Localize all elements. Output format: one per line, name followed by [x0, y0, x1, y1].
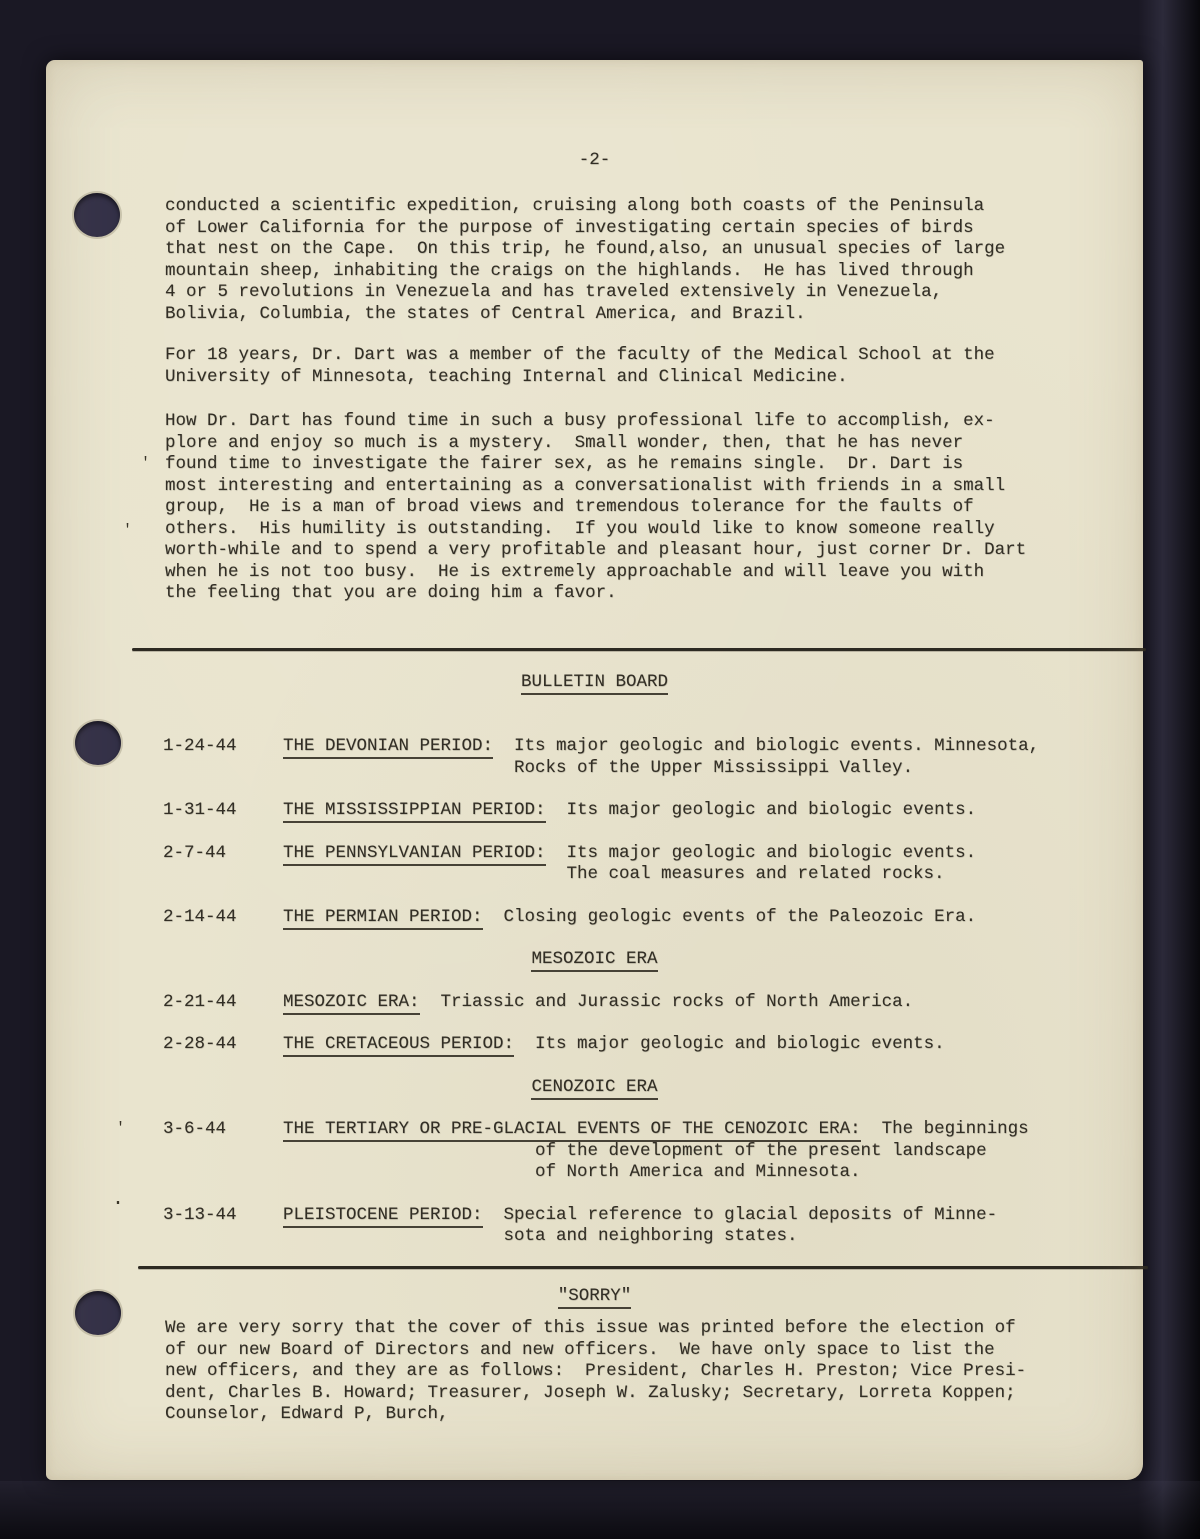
entry-text: THE CRETACEOUS PERIOD: Its major geologi… — [283, 1034, 945, 1056]
entry-date: 1-24-44 — [163, 736, 283, 779]
sorry-paragraph: We are very sorry that the cover of this… — [165, 1318, 1026, 1426]
entry-date: 3-6-44 — [163, 1119, 283, 1184]
entry-date: 2-7-44 — [163, 843, 283, 886]
entry-text: THE TERTIARY OR PRE-GLACIAL EVENTS OF TH… — [283, 1119, 1029, 1184]
paper-page: -2- conducted a scientific expedition, c… — [46, 60, 1143, 1480]
entry-date: 1-31-44 — [163, 800, 283, 822]
entry-description: Its major geologic and biologic events. — [546, 843, 977, 863]
stray-ink-mark: ' — [123, 522, 132, 539]
bulletin-entry: 2-28-44THE CRETACEOUS PERIOD: Its major … — [163, 1034, 1123, 1056]
paragraph-faculty: For 18 years, Dr. Dart was a member of t… — [165, 345, 995, 388]
entry-description: Closing geologic events of the Paleozoic… — [483, 907, 977, 927]
era-heading: MESOZOIC ERA — [46, 949, 1143, 971]
punch-hole-middle — [75, 721, 121, 765]
entry-title: THE DEVONIAN PERIOD: — [283, 736, 493, 759]
entry-description: Its major geologic and biologic events. — [514, 1034, 945, 1054]
era-heading-text: MESOZOIC ERA — [531, 949, 657, 972]
entry-text: THE MISSISSIPPIAN PERIOD: Its major geol… — [283, 800, 976, 822]
entry-text: THE PENNSYLVANIAN PERIOD: Its major geol… — [283, 843, 976, 886]
bulletin-entry: 2-21-44MESOZOIC ERA: Triassic and Jurass… — [163, 992, 1123, 1014]
stray-ink-mark: ' — [141, 455, 150, 472]
entry-description-continued: Rocks of the Upper Mississippi Valley. — [283, 758, 1039, 780]
entry-date: 3-13-44 — [163, 1205, 283, 1248]
entry-title: PLEISTOCENE PERIOD: — [283, 1205, 483, 1228]
entry-description: Its major geologic and biologic events. … — [493, 736, 1039, 756]
book-bottom-shadow — [0, 1481, 1200, 1539]
entry-description: Its major geologic and biologic events. — [546, 800, 977, 820]
sorry-title: "SORRY" — [46, 1286, 1143, 1308]
entry-title: MESOZOIC ERA: — [283, 992, 420, 1015]
entry-description: Special reference to glacial deposits of… — [483, 1205, 998, 1225]
entry-title: THE PENNSYLVANIAN PERIOD: — [283, 843, 546, 866]
page-number: -2- — [46, 150, 1143, 172]
bulletin-list: 1-24-44THE DEVONIAN PERIOD: Its major ge… — [163, 736, 1123, 1269]
paragraph-character: How Dr. Dart has found time in such a bu… — [165, 411, 1026, 605]
entry-text: PLEISTOCENE PERIOD: Special reference to… — [283, 1205, 997, 1248]
divider-rule-bottom — [138, 1266, 1148, 1269]
scanned-page-background: { "document": { "page_number": "-2-", "c… — [0, 0, 1200, 1539]
bulletin-entry: 2-14-44THE PERMIAN PERIOD: Closing geolo… — [163, 907, 1123, 929]
era-heading-text: CENOZOIC ERA — [531, 1077, 657, 1100]
entry-text: THE PERMIAN PERIOD: Closing geologic eve… — [283, 907, 976, 929]
book-edge-shadow — [1138, 0, 1200, 1539]
entry-date: 2-14-44 — [163, 907, 283, 929]
divider-rule-top — [132, 648, 1146, 651]
bulletin-board-title-text: BULLETIN BOARD — [521, 672, 668, 695]
era-heading: CENOZOIC ERA — [46, 1077, 1143, 1099]
bulletin-entry: 1-24-44THE DEVONIAN PERIOD: Its major ge… — [163, 736, 1123, 779]
sorry-title-text: "SORRY" — [558, 1286, 632, 1309]
entry-title: THE CRETACEOUS PERIOD: — [283, 1034, 514, 1057]
entry-date: 2-28-44 — [163, 1034, 283, 1056]
paragraph-expedition: conducted a scientific expedition, cruis… — [165, 196, 1005, 325]
entry-title: THE PERMIAN PERIOD: — [283, 907, 483, 930]
entry-description: Triassic and Jurassic rocks of North Ame… — [420, 992, 914, 1012]
stray-ink-mark: ' — [116, 1120, 125, 1137]
entry-title: THE TERTIARY OR PRE-GLACIAL EVENTS OF TH… — [283, 1119, 861, 1142]
entry-description-continued: of North America and Minnesota. — [283, 1162, 1029, 1184]
entry-title: THE MISSISSIPPIAN PERIOD: — [283, 800, 546, 823]
bulletin-entry: 1-31-44THE MISSISSIPPIAN PERIOD: Its maj… — [163, 800, 1123, 822]
bulletin-entry: 3-6-44THE TERTIARY OR PRE-GLACIAL EVENTS… — [163, 1119, 1123, 1184]
punch-hole-top — [74, 193, 120, 237]
entry-date: 2-21-44 — [163, 992, 283, 1014]
entry-text: MESOZOIC ERA: Triassic and Jurassic rock… — [283, 992, 913, 1014]
bulletin-entry: 3-13-44PLEISTOCENE PERIOD: Special refer… — [163, 1205, 1123, 1248]
entry-description-continued: of the development of the present landsc… — [283, 1141, 1029, 1163]
entry-text: THE DEVONIAN PERIOD: Its major geologic … — [283, 736, 1039, 779]
entry-description: The beginnings — [861, 1119, 1029, 1139]
stray-ink-mark: . — [112, 1188, 124, 1211]
bulletin-entry: 2-7-44THE PENNSYLVANIAN PERIOD: Its majo… — [163, 843, 1123, 886]
entry-description-continued: sota and neighboring states. — [283, 1226, 997, 1248]
entry-description-continued: The coal measures and related rocks. — [283, 864, 976, 886]
paper-speck — [304, 292, 308, 296]
bulletin-board-title: BULLETIN BOARD — [46, 672, 1143, 694]
